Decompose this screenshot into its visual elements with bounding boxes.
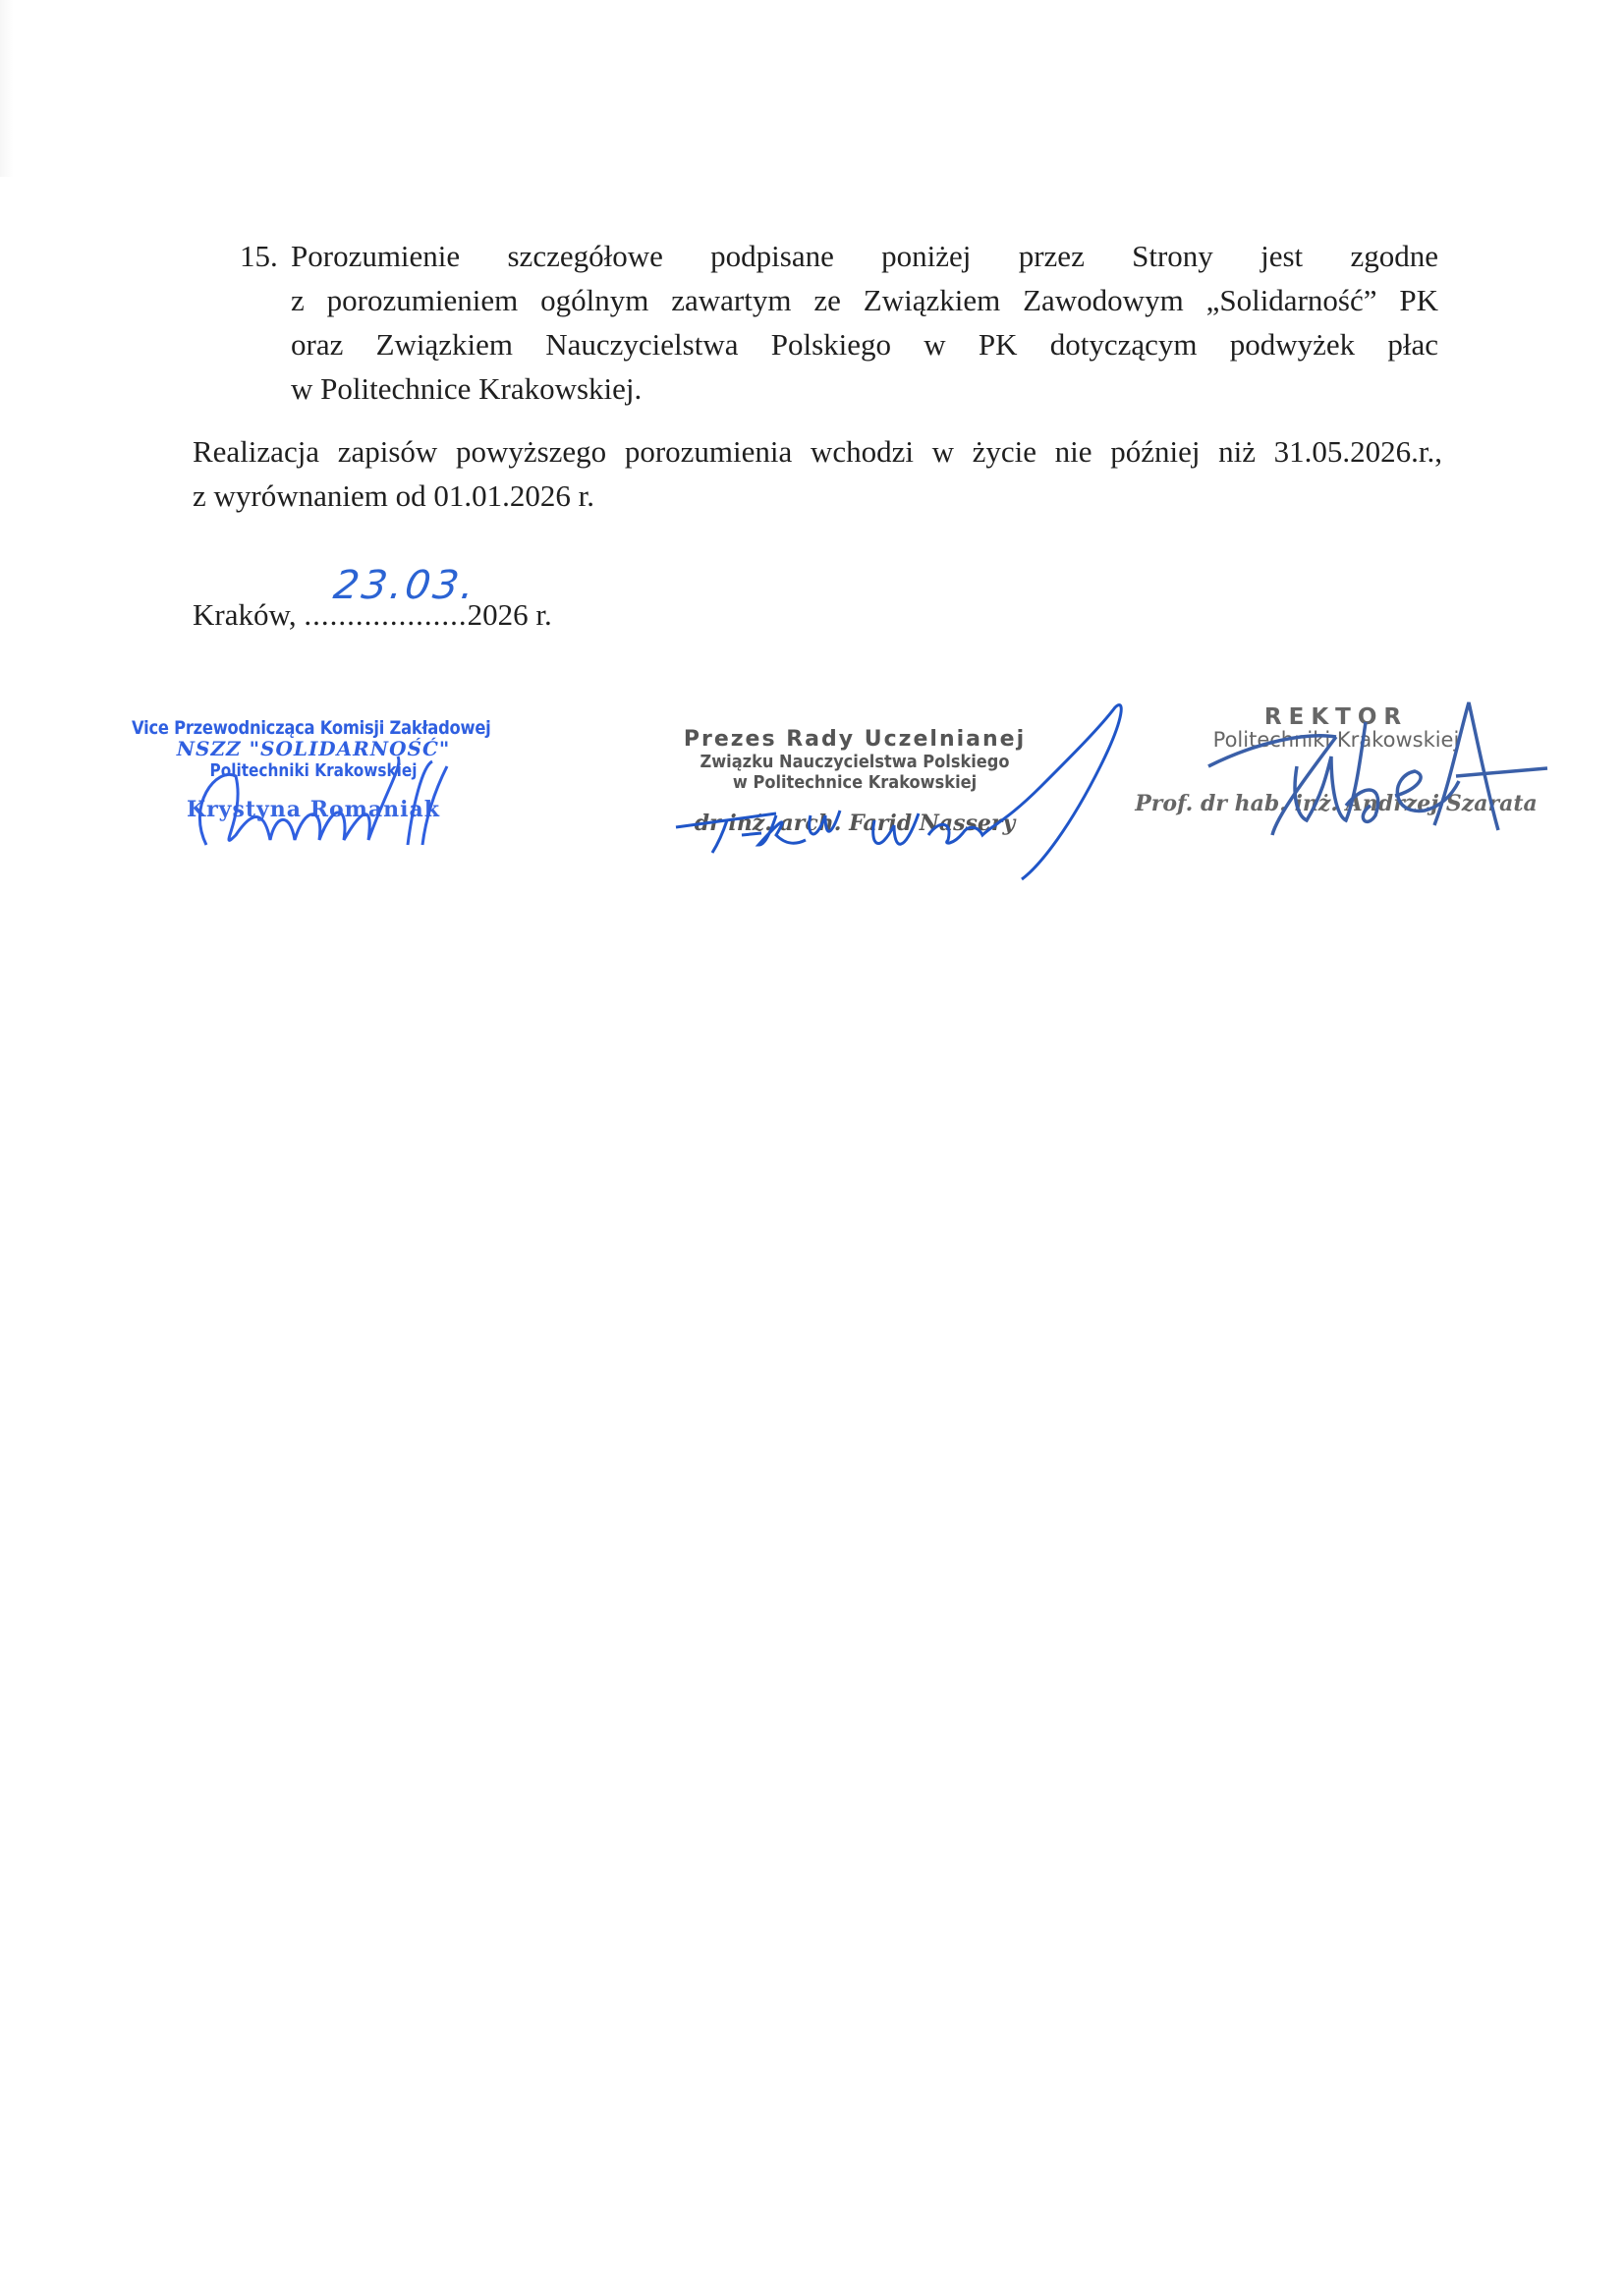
place-label: Kraków, [193,597,304,632]
item-line: w Politechnice Krakowskiej. [291,366,1438,411]
signature-2-icon [668,698,1130,884]
realization-paragraph: Realizacja zapisów powyższego porozumien… [193,429,1442,518]
item-line: oraz Związkiem Nauczycielstwa Polskiego … [291,322,1438,366]
handwritten-date: 23.03. [331,563,480,608]
paragraph-line: z wyrównaniem od 01.01.2026 r. [193,474,1442,518]
signature-1-icon [177,747,472,865]
item-number: 15. [240,234,278,278]
date-year: 2026 r. [468,597,552,632]
stamp-line: Vice Przewodnicząca Komisji Zakładowej [132,717,444,739]
numbered-item-15: 15. Porozumienie szczegółowe podpisane p… [240,234,1438,411]
scan-edge [0,0,14,177]
item-line: z porozumieniem ogólnym zawartym ze Zwią… [291,278,1438,322]
item-line: Porozumienie szczegółowe podpisane poniż… [291,234,1438,278]
document-page: 15. Porozumienie szczegółowe podpisane p… [0,0,1624,2296]
signature-3-icon [1199,698,1552,845]
paragraph-line: Realizacja zapisów powyższego porozumien… [193,429,1442,474]
